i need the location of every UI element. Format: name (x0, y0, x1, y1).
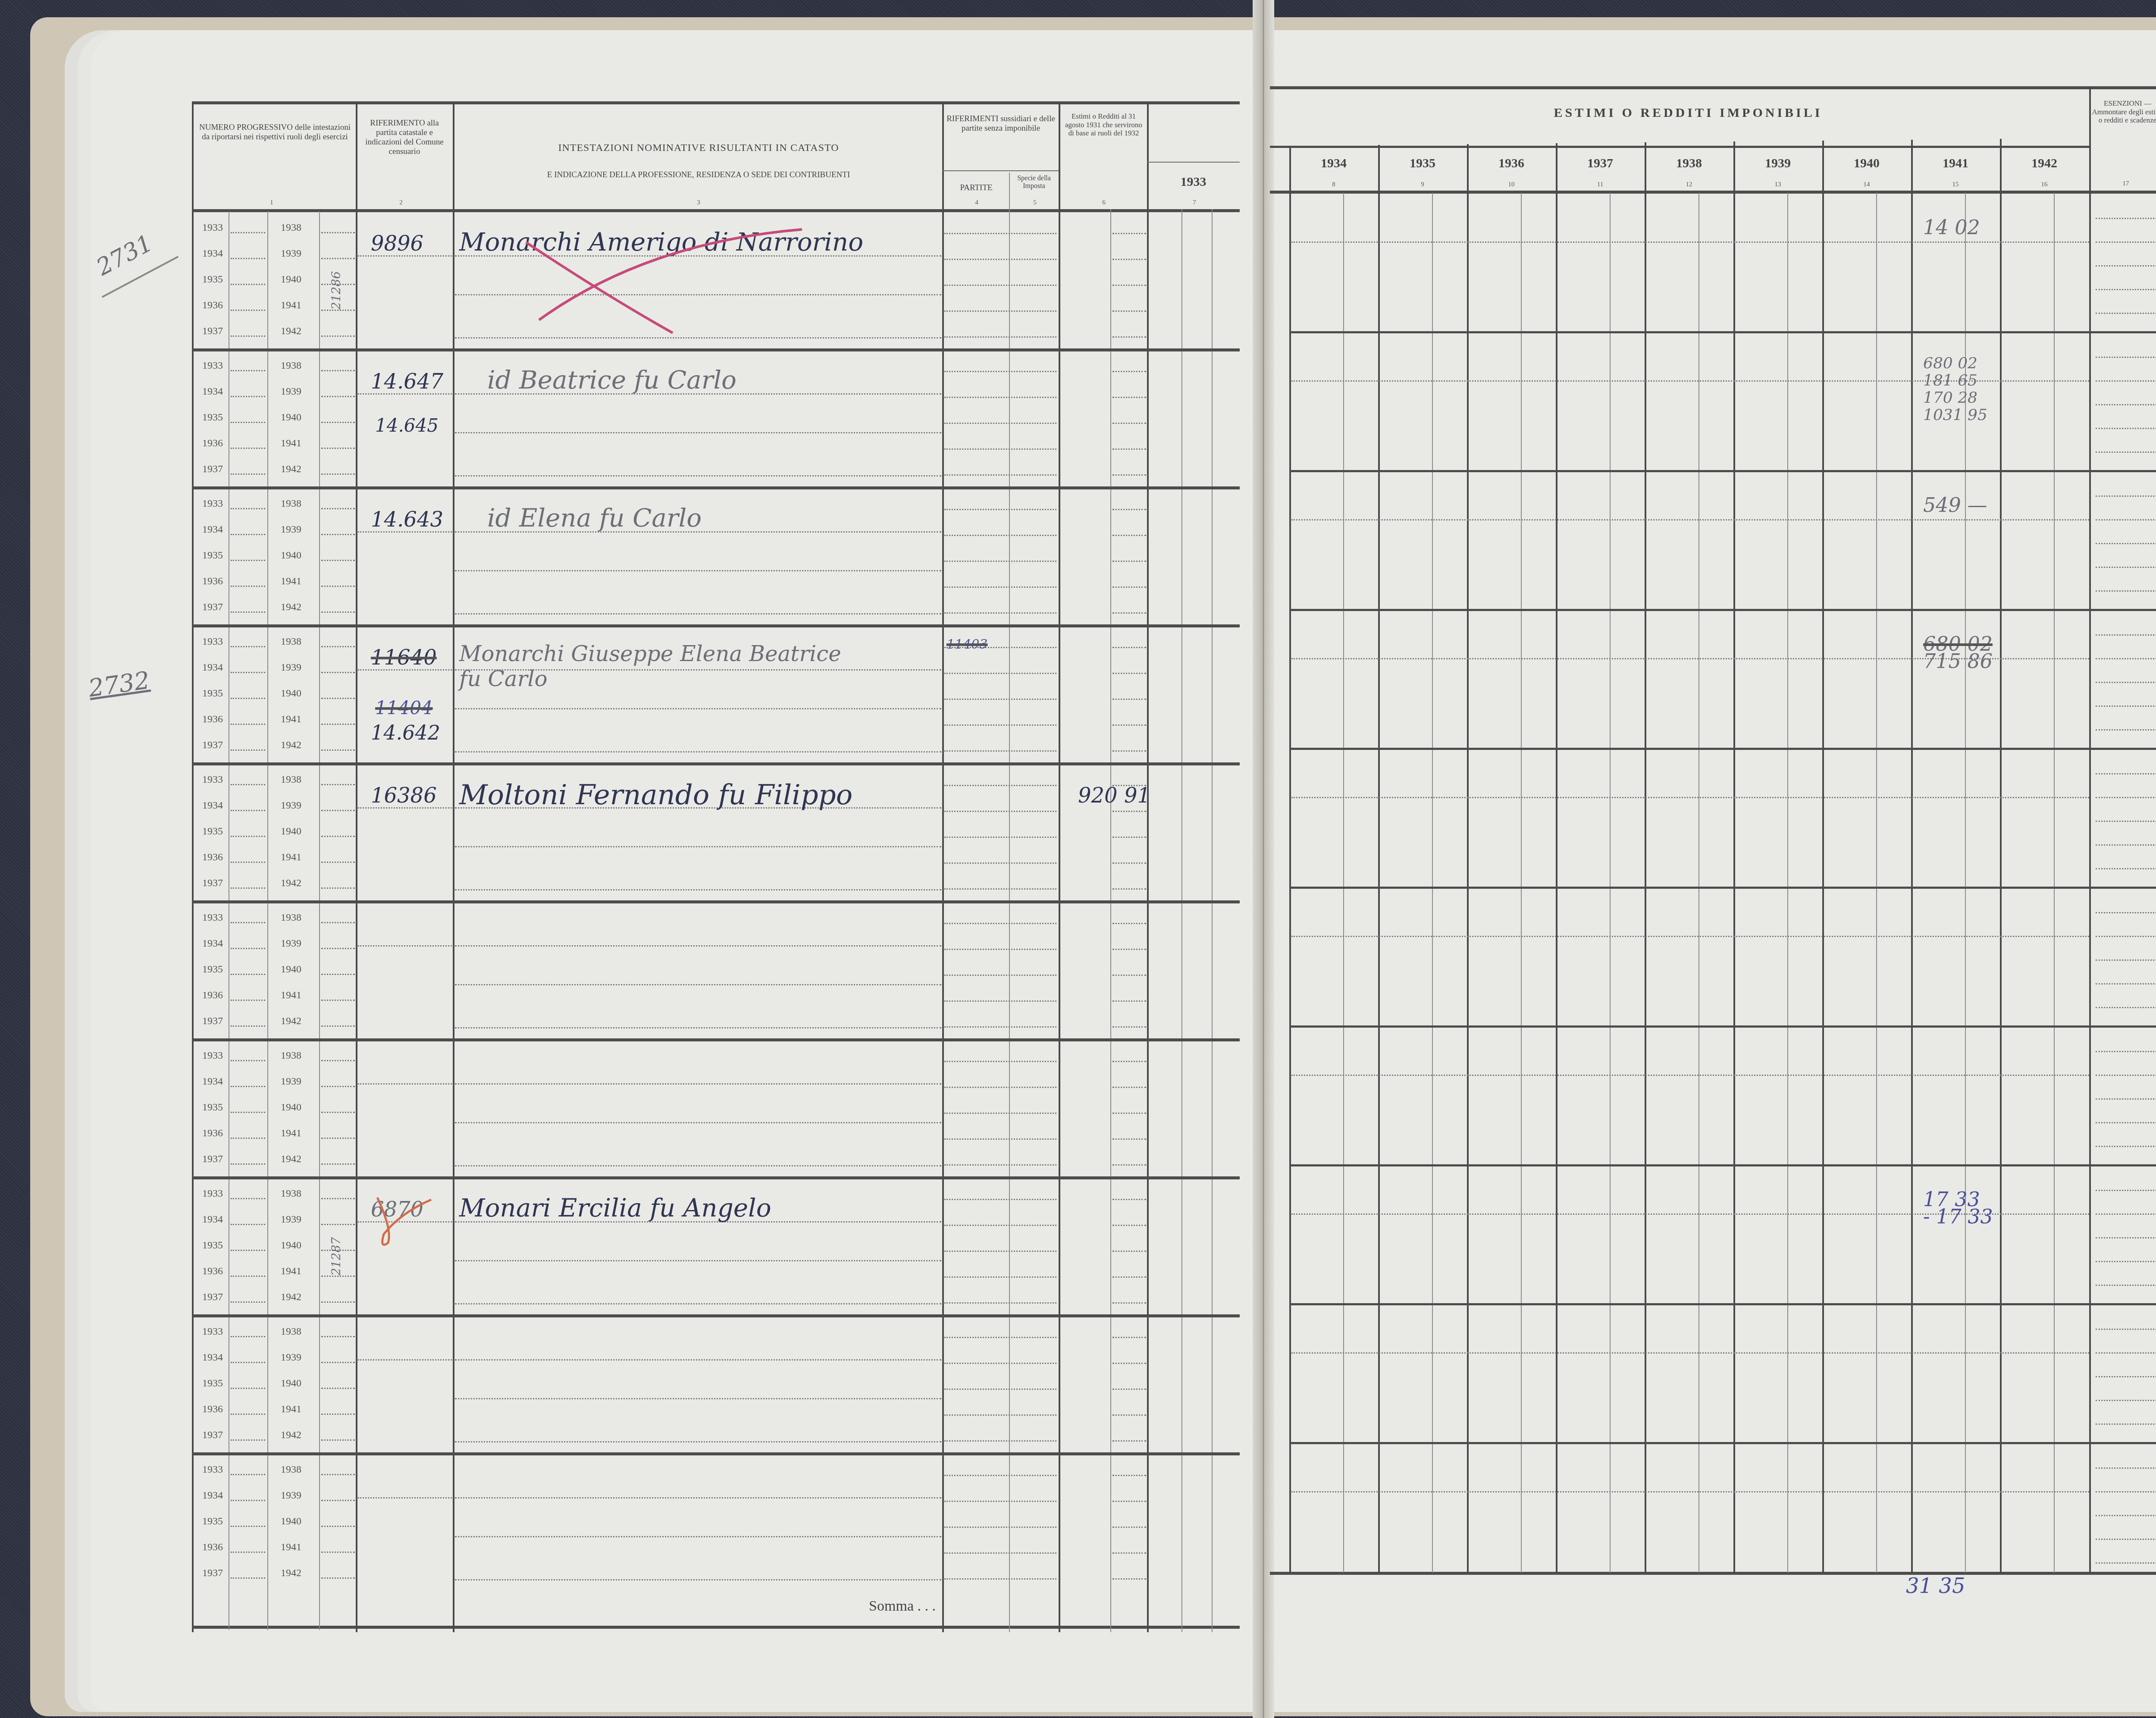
right-top-border (1270, 86, 2156, 89)
esenzioni-dotted-line (2096, 682, 2156, 683)
dotted-line (1112, 647, 1146, 648)
dotted-line (455, 613, 941, 614)
esenzioni-dotted-line (2096, 1237, 2156, 1238)
year-label-right: 1939 (276, 662, 306, 674)
year-label-left: 1933 (197, 1050, 228, 1062)
year-label-right: 1940 (276, 1516, 306, 1527)
dotted-line (1112, 535, 1146, 536)
dotted-line (231, 922, 265, 923)
dotted-line (231, 1388, 265, 1389)
dotted-line (321, 1060, 355, 1061)
dotted-line (321, 1577, 355, 1579)
esenzioni-dotted-line (2096, 1075, 2156, 1076)
year-column-divider (1645, 142, 1646, 1573)
header-estimi-1931: Estimi o Redditi al 31 agosto 1931 che s… (1062, 112, 1146, 138)
esenzioni-dotted-line (2096, 1146, 2156, 1147)
dotted-line (1112, 975, 1146, 976)
dotted-line (1112, 1251, 1146, 1252)
dotted-line (455, 1027, 941, 1028)
dotted-line (321, 887, 355, 889)
contributor-name: Monarchi Giuseppe Elena Beatrice fu Carl… (459, 641, 847, 691)
dotted-line (944, 423, 1056, 424)
dotted-line (455, 751, 941, 752)
year-label-right: 1938 (276, 774, 306, 786)
dotted-line (944, 1440, 1056, 1442)
value-1941: - 17 33 (1923, 1205, 1993, 1228)
esenzioni-dotted-line (2096, 1539, 2156, 1540)
partita-reference-2: 11404 (375, 697, 433, 718)
dotted-line (1291, 1352, 2089, 1354)
dotted-line (321, 310, 355, 311)
dotted-line (1112, 1199, 1146, 1200)
esenzioni-dotted-line (2096, 705, 2156, 707)
year-label-right: 1940 (276, 550, 306, 561)
dotted-line (1112, 1164, 1146, 1166)
dotted-line (1112, 1302, 1146, 1304)
dotted-line (455, 1441, 941, 1442)
side-note: 21286 (329, 271, 343, 310)
year-label-left: 1934 (197, 800, 228, 812)
year-column-number: 8 (1289, 181, 1378, 188)
dotted-line (944, 474, 1056, 476)
dotted-line (1112, 423, 1146, 424)
dotted-line (321, 586, 355, 587)
esenzioni-dotted-line (2096, 1051, 2156, 1052)
year-label-right: 1942 (276, 1016, 306, 1027)
esenzioni-dotted-line (2096, 1562, 2156, 1564)
year-label-left: 1936 (197, 714, 228, 725)
year-label-left: 1935 (197, 1378, 228, 1389)
esenzioni-dotted-line (2096, 658, 2156, 659)
esenzioni-dotted-line (2096, 404, 2156, 405)
esenzioni-dotted-line (2096, 1515, 2156, 1516)
esenzioni-dotted-line (2096, 1098, 2156, 1100)
dotted-line (1112, 1061, 1146, 1062)
year-column-divider (1733, 141, 1735, 1573)
dotted-line (231, 810, 265, 811)
year-column-number: 13 (1733, 181, 1822, 188)
year-label-right: 1939 (276, 938, 306, 950)
year-label-right: 1942 (276, 1154, 306, 1165)
dotted-line (231, 974, 265, 975)
year-column-divider (1378, 145, 1380, 1573)
somma-1941: 31 35 (1906, 1574, 1965, 1598)
col1-sub1 (229, 211, 229, 1630)
dotted-line (455, 432, 941, 433)
esenzioni-dotted-line (2096, 634, 2156, 636)
value-1941: 549 — (1923, 493, 1987, 517)
dotted-line (231, 784, 265, 785)
divider-col6-sub (1110, 209, 1111, 1632)
dotted-line (1112, 1363, 1146, 1364)
col7-group-line (1147, 162, 1240, 163)
dotted-line (321, 1474, 355, 1475)
dotted-line (944, 673, 1056, 674)
year-label-left: 1937 (197, 326, 228, 337)
year-cents-divider (1432, 193, 1433, 1573)
right-row-separator (1289, 1442, 2156, 1444)
year-label-right: 1938 (276, 222, 306, 234)
dotted-line (1112, 233, 1146, 234)
dotted-line (321, 335, 355, 337)
year-label-right: 1940 (276, 964, 306, 975)
contributor-name: id Beatrice fu Carlo (487, 365, 736, 395)
dotted-line (944, 1164, 1056, 1166)
contributor-name: Moltoni Fernando fu Filippo (459, 779, 852, 811)
dotted-line (455, 1303, 941, 1304)
year-label-left: 1936 (197, 990, 228, 1001)
dotted-line (231, 258, 265, 259)
year-label-right: 1941 (276, 1266, 306, 1277)
dotted-line (231, 1577, 265, 1579)
year-label-left: 1933 (197, 636, 228, 648)
esenzioni-dotted-line (2096, 1190, 2156, 1191)
year-label-right: 1941 (276, 990, 306, 1001)
year-label-left: 1934 (197, 1490, 228, 1502)
year-label-right: 1938 (276, 498, 306, 510)
value-1941: 1031 95 (1923, 406, 1987, 424)
year-label-right: 1940 (276, 1378, 306, 1389)
dotted-line (944, 1414, 1056, 1416)
year-label-right: 1939 (276, 1214, 306, 1226)
dotted-line (231, 1086, 265, 1087)
dotted-line (231, 646, 265, 647)
right-bottom-border (1270, 1572, 2156, 1575)
header-estimi-redditi: ESTIMI O REDDITI IMPONIBILI (1289, 106, 2087, 121)
year-label-right: 1940 (276, 274, 306, 285)
dotted-line (231, 1526, 265, 1527)
year-label-right: 1940 (276, 826, 306, 837)
year-label-left: 1935 (197, 274, 228, 285)
year-label-right: 1939 (276, 1076, 306, 1088)
dotted-line (321, 611, 355, 613)
year-cents-divider (1787, 193, 1788, 1573)
dotted-line (231, 284, 265, 285)
dotted-line (321, 836, 355, 837)
dotted-line (944, 1475, 1056, 1476)
dotted-line (321, 1388, 355, 1389)
year-label-left: 1936 (197, 576, 228, 587)
value-1941: 181 65 (1923, 372, 1977, 389)
dotted-line (1112, 285, 1146, 286)
right-row-separator (1289, 331, 2156, 333)
row-separator (192, 1314, 1240, 1317)
dotted-line (321, 370, 355, 371)
dotted-line (455, 945, 941, 947)
year-label-right: 1940 (276, 1102, 306, 1113)
dotted-line (455, 889, 941, 890)
dotted-line (231, 534, 265, 535)
partita-reference: 9896 (371, 232, 423, 256)
year-label-right: 1940 (276, 688, 306, 699)
year-label-left: 1937 (197, 1016, 228, 1027)
dotted-line (455, 1260, 941, 1261)
dotted-line (231, 473, 265, 475)
esenzioni-dotted-line (2096, 1491, 2156, 1492)
dotted-line (321, 473, 355, 475)
year-header-1940: 1940 (1822, 156, 1911, 171)
dotted-line (1112, 1414, 1146, 1416)
dotted-line (1291, 936, 2089, 937)
esenzioni-dotted-line (2096, 1400, 2156, 1401)
year-column-number: 15 (1911, 181, 2000, 188)
dotted-line (321, 1552, 355, 1553)
dotted-line (944, 1363, 1056, 1364)
dotted-line (231, 1500, 265, 1501)
dotted-line (944, 949, 1056, 950)
dotted-line (321, 534, 355, 535)
dotted-line (944, 1026, 1056, 1028)
esenzioni-dotted-line (2096, 959, 2156, 961)
year-label-left: 1937 (197, 1154, 228, 1165)
dotted-line (1112, 448, 1146, 450)
dotted-line (1291, 797, 2089, 798)
year-label-right: 1938 (276, 360, 306, 372)
row-separator (192, 1176, 1240, 1179)
dotted-line (944, 785, 1056, 786)
dotted-line (321, 1224, 355, 1225)
esenzioni-dotted-line (2096, 289, 2156, 290)
dotted-line (1112, 862, 1146, 864)
dotted-line (944, 1302, 1056, 1304)
esenzioni-dotted-line (2096, 773, 2156, 774)
dotted-line (455, 1359, 941, 1361)
dotted-line (455, 337, 941, 339)
header-specie-imposta: Specie della Imposta (1010, 175, 1058, 191)
dotted-line (321, 1112, 355, 1113)
year-label-left: 1937 (197, 1430, 228, 1441)
year-label-left: 1933 (197, 222, 228, 234)
dotted-line (1112, 1578, 1146, 1580)
dotted-line (231, 422, 265, 423)
dotted-line (1112, 1527, 1146, 1528)
dotted-line (231, 724, 265, 725)
header-professione: E INDICAZIONE DELLA PROFESSIONE, RESIDEN… (457, 170, 940, 180)
esenzioni-dotted-line (2096, 265, 2156, 266)
esenzioni-dotted-line (2096, 821, 2156, 822)
esenzioni-dotted-line (2096, 1329, 2156, 1330)
partita-reference: 14.647 (371, 370, 443, 394)
year-column-number: 9 (1378, 181, 1467, 188)
dotted-line (944, 699, 1056, 700)
dotted-line (1291, 519, 2089, 520)
year-label-right: 1942 (276, 464, 306, 475)
dotted-line (944, 233, 1056, 234)
dotted-line (1112, 1337, 1146, 1338)
year-header-1934: 1934 (1289, 156, 1378, 171)
dotted-line (1112, 1552, 1146, 1554)
divider-col7-sub2 (1181, 209, 1182, 1632)
dotted-line (944, 1337, 1056, 1338)
dotted-line (455, 846, 941, 847)
esenzioni-dotted-line (2096, 1261, 2156, 1262)
year-label-right: 1940 (276, 1240, 306, 1251)
year-label-left: 1936 (197, 1128, 228, 1139)
dotted-line (944, 811, 1056, 812)
year-cents-divider (1876, 193, 1877, 1573)
year-label-right: 1941 (276, 438, 306, 449)
year-label-right: 1939 (276, 524, 306, 536)
dotted-line (321, 749, 355, 751)
dotted-line (231, 1163, 265, 1165)
dotted-line (321, 724, 355, 725)
year-label-right: 1938 (276, 636, 306, 648)
header-year-1933: 1933 (1149, 175, 1238, 190)
year-label-left: 1933 (197, 498, 228, 510)
dotted-line (231, 1224, 265, 1225)
year-label-left: 1934 (197, 386, 228, 398)
esenzioni-dotted-line (2096, 313, 2156, 314)
dotted-line (358, 1497, 452, 1499)
dotted-line (231, 335, 265, 337)
esenzioni-dotted-line (2096, 1376, 2156, 1377)
year-label-left: 1933 (197, 1464, 228, 1476)
partita-reference: 14.643 (371, 508, 443, 532)
esenzioni-dotted-line (2096, 844, 2156, 846)
somma-label: Somma . . . (798, 1598, 936, 1615)
dotted-line (944, 923, 1056, 924)
dotted-line (1112, 397, 1146, 398)
value-1941: 680 02 (1923, 354, 1977, 372)
esenzioni-dotted-line (2096, 451, 2156, 453)
dotted-line (944, 1061, 1056, 1062)
year-label-left: 1933 (197, 774, 228, 786)
year-label-left: 1934 (197, 1352, 228, 1364)
dotted-line (944, 1138, 1056, 1140)
dotted-line (231, 1000, 265, 1001)
year-label-left: 1933 (197, 912, 228, 924)
year-label-right: 1942 (276, 740, 306, 751)
colnum-5: 5 (1026, 199, 1044, 207)
year-label-right: 1941 (276, 300, 306, 311)
esenzioni-dotted-line (2096, 797, 2156, 798)
year-label-left: 1934 (197, 662, 228, 674)
dotted-line (231, 560, 265, 561)
year-column-number: 11 (1556, 181, 1645, 188)
contributor-name: Monari Ercilia fu Angelo (459, 1193, 771, 1223)
esenzioni-dotted-line (2096, 1352, 2156, 1354)
row-separator (192, 900, 1240, 903)
colnum-4: 4 (968, 199, 985, 207)
year-column-number: 14 (1822, 181, 1911, 188)
year-cents-divider (1610, 193, 1611, 1573)
dotted-line (321, 1086, 355, 1087)
year-column-number: 10 (1467, 181, 1556, 188)
dotted-line (231, 611, 265, 613)
dotted-line (1112, 371, 1146, 372)
dotted-line (231, 887, 265, 889)
right-row-separator (1289, 1164, 2156, 1166)
dotted-line (1112, 1138, 1146, 1140)
year-label-right: 1942 (276, 326, 306, 337)
year-header-1936: 1936 (1467, 156, 1556, 171)
dotted-line (944, 724, 1056, 726)
contributor-name: id Elena fu Carlo (487, 503, 702, 533)
dotted-line (1291, 241, 2089, 243)
row-separator (192, 1038, 1240, 1041)
dotted-line (321, 1000, 355, 1001)
dotted-line (321, 922, 355, 923)
dotted-line (321, 396, 355, 397)
colnum-17: 17 (2113, 180, 2139, 188)
dotted-line (321, 646, 355, 647)
dotted-line (321, 948, 355, 949)
dotted-line (321, 672, 355, 673)
year-column-number: 12 (1645, 181, 1733, 188)
year-label-right: 1938 (276, 1188, 306, 1200)
year-label-left: 1937 (197, 1292, 228, 1303)
dotted-line (231, 1276, 265, 1277)
book-gutter (1253, 0, 1274, 1718)
year-label-left: 1937 (197, 878, 228, 889)
year-label-left: 1934 (197, 524, 228, 536)
year-label-right: 1942 (276, 602, 306, 613)
year-label-right: 1942 (276, 1292, 306, 1303)
col1-sub2 (267, 211, 268, 1630)
dotted-line (944, 888, 1056, 890)
dotted-line (231, 448, 265, 449)
right-row-separator (1289, 609, 2156, 611)
year-label-left: 1937 (197, 740, 228, 751)
dotted-line (1112, 673, 1146, 674)
dotted-line (1112, 474, 1146, 476)
dotted-line (944, 1389, 1056, 1390)
dotted-line (944, 1113, 1056, 1114)
value-1941: 170 28 (1923, 389, 1977, 407)
row-separator (192, 1452, 1240, 1455)
dotted-line (321, 1276, 355, 1277)
dotted-line (321, 1439, 355, 1441)
dotted-line (231, 672, 265, 673)
year-header-1941: 1941 (1911, 156, 2000, 171)
dotted-line (231, 1301, 265, 1303)
dotted-line (944, 285, 1056, 286)
dotted-line (321, 1198, 355, 1199)
year-header-1937: 1937 (1556, 156, 1645, 171)
dotted-line (1112, 1026, 1146, 1028)
year-column-divider (1289, 146, 1291, 1573)
right-row-separator (1289, 1303, 2156, 1305)
dotted-line (1112, 1000, 1146, 1002)
dotted-line (1112, 336, 1146, 338)
dotted-line (321, 232, 355, 233)
divider-col6 (1147, 101, 1149, 1632)
year-label-left: 1937 (197, 464, 228, 475)
dotted-line (1112, 949, 1146, 950)
year-label-right: 1939 (276, 800, 306, 812)
esenzioni-dotted-line (2096, 1213, 2156, 1215)
dotted-line (455, 1083, 941, 1085)
table-bottom-border (192, 1626, 1240, 1629)
colnum-2: 2 (392, 199, 410, 207)
divider-col1 (356, 101, 357, 1632)
dotted-line (455, 475, 941, 477)
dotted-line (321, 1526, 355, 1527)
partita-reference: 16386 (371, 784, 437, 808)
esenzioni-dotted-line (2096, 495, 2156, 497)
red-cross-out-mark (517, 225, 819, 337)
esenzioni-dotted-line (2096, 936, 2156, 937)
row-separator (192, 624, 1240, 627)
year-label-left: 1935 (197, 688, 228, 699)
esenzioni-dotted-line (2096, 729, 2156, 730)
year-label-right: 1938 (276, 912, 306, 924)
year-label-left: 1936 (197, 1404, 228, 1415)
dotted-line (321, 784, 355, 785)
year-label-right: 1941 (276, 1542, 306, 1553)
header-bottom-border (192, 209, 1240, 212)
esenzioni-dotted-line (2096, 1285, 2156, 1286)
